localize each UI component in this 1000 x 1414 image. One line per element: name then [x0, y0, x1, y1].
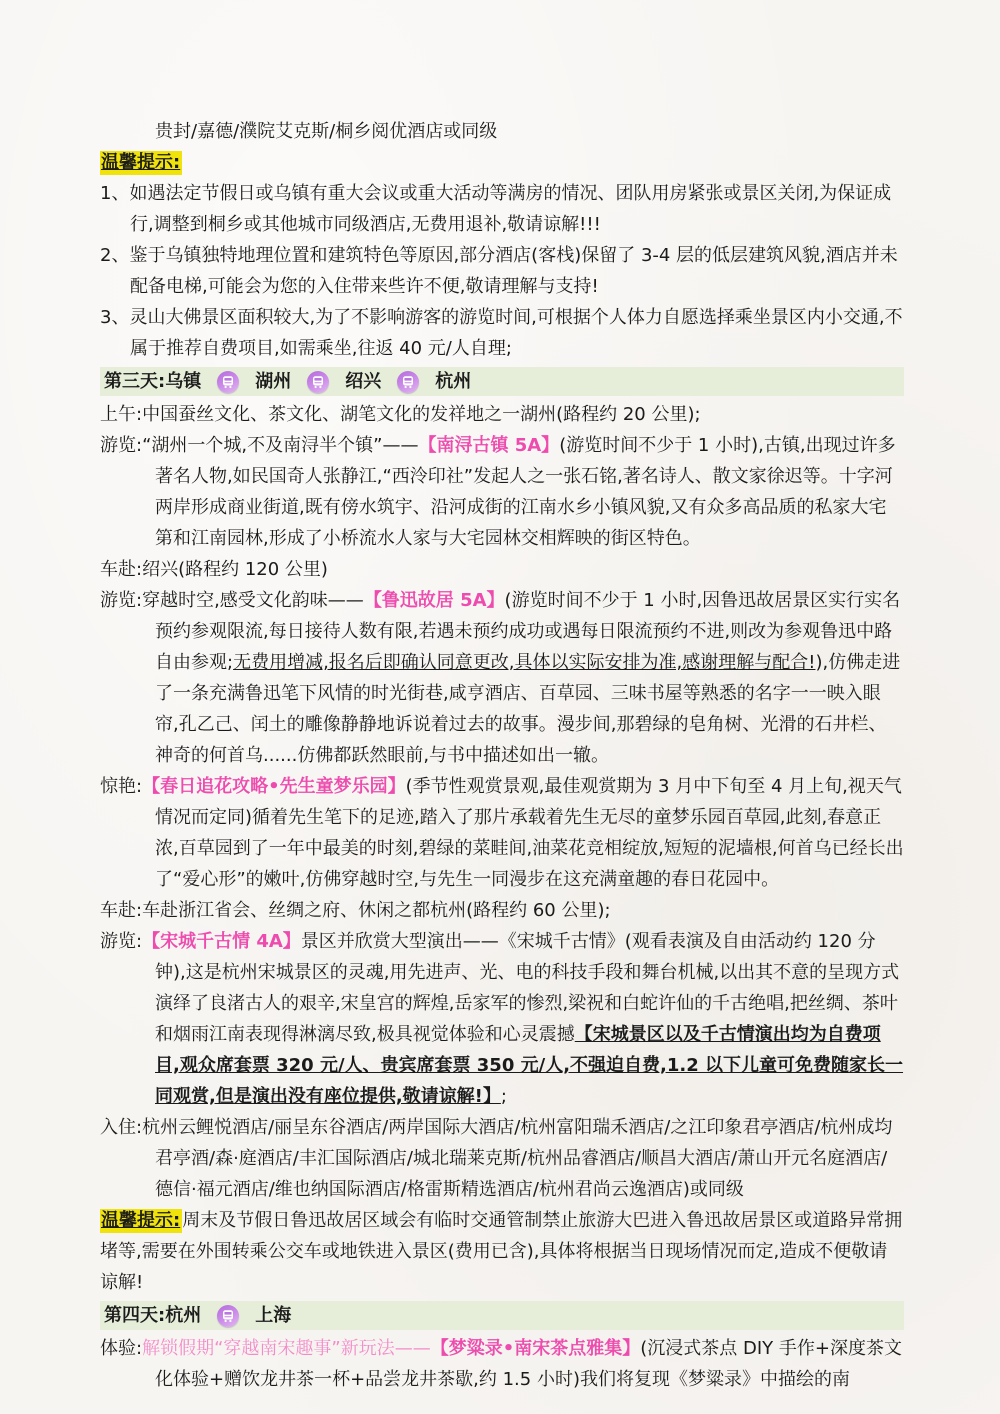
- route-stop: 绍兴: [345, 369, 381, 394]
- bus-icon: [307, 371, 329, 393]
- notice-item-3: 3、灵山大佛景区面积较大,为了不影响游客的游览时间,可根据个人体力自愿选择乘坐景…: [130, 302, 904, 364]
- item-number: 1、: [100, 183, 129, 204]
- tour-songcheng-paragraph: 游览:【宋城千古情 4A】景区并欣赏大型演出——《宋城千古情》(观看表演及自由活…: [155, 926, 904, 1112]
- notice-label: 温馨提示:: [100, 1209, 182, 1233]
- item-number: 3、: [100, 307, 129, 328]
- route-stop: 杭州: [435, 369, 471, 394]
- drive-hangzhou-paragraph: 车赴:车赴浙江省会、丝绸之府、休闲之都杭州(路程约 60 公里);: [155, 895, 904, 926]
- paragraph-label: 惊艳:: [100, 776, 142, 797]
- day3-route-bar: 第三天:乌镇 湖州 绍兴 杭州: [100, 367, 904, 396]
- hotels-paragraph: 入住:杭州云鲤悦酒店/丽呈东谷酒店/两岸国际大酒店/杭州富阳瑞禾酒店/之江印象君…: [155, 1112, 904, 1205]
- paragraph-text: ;: [501, 1086, 507, 1107]
- experience-lead: 解锁假期“穿越南宋趣事”新玩法——: [142, 1338, 431, 1359]
- paragraph-label: 游览:: [100, 590, 142, 611]
- day3-label: 第三天:乌镇: [104, 369, 201, 394]
- tour-luxun-paragraph: 游览:穿越时空,感受文化韵味——【鲁迅故居 5A】(游览时间不少于 1 小时,因…: [155, 585, 904, 771]
- day4-route-bar: 第四天:杭州 上海: [100, 1301, 904, 1330]
- paragraph-label: 上午:: [100, 404, 142, 425]
- attraction-highlight: 【春日追花攻略•先生童梦乐园】: [142, 776, 406, 797]
- paragraph-text: 中国蚕丝文化、茶文化、湖笔文化的发祥地之一湖州(路程约 20 公里);: [142, 404, 700, 425]
- paragraph-label: 体验:: [100, 1338, 142, 1359]
- morning-paragraph: 上午:中国蚕丝文化、茶文化、湖笔文化的发祥地之一湖州(路程约 20 公里);: [155, 399, 904, 430]
- experience-paragraph: 体验:解锁假期“穿越南宋趣事”新玩法——【梦粱录•南宋茶点雅集】(沉浸式茶点 D…: [155, 1333, 904, 1395]
- paragraph-label: 车赴:: [100, 559, 142, 580]
- item-number: 2、: [100, 245, 129, 266]
- amaze-paragraph: 惊艳:【春日追花攻略•先生童梦乐园】(季节性观赏景观,最佳观赏期为 3 月中下旬…: [155, 771, 904, 895]
- notice-1-header: 温馨提示:: [100, 147, 904, 178]
- paragraph-lead: 穿越时空,感受文化韵味——: [142, 590, 364, 611]
- item-text: 鉴于乌镇独特地理位置和建筑特色等原因,部分酒店(客栈)保留了 3-4 层的低层建…: [129, 245, 897, 297]
- route-stop: 湖州: [255, 369, 291, 394]
- hotel-list-text: 贵封/嘉德/濮院艾克斯/桐乡阅优酒店或同级: [155, 121, 497, 142]
- underlined-note: 无费用增减,报名后即确认同意更改,具体以实际安排为准,感谢理解与配合!: [233, 652, 815, 673]
- bus-icon: [217, 371, 239, 393]
- item-text: 灵山大佛景区面积较大,为了不影响游客的游览时间,可根据个人体力自愿选择乘坐景区内…: [129, 307, 902, 359]
- tour-nanxun-paragraph: 游览:“湖州一个城,不及南浔半个镇”——【南浔古镇 5A】(游览时间不少于 1 …: [155, 430, 904, 554]
- paragraph-label: 游览:: [100, 931, 142, 952]
- notice-item-2: 2、鉴于乌镇独特地理位置和建筑特色等原因,部分酒店(客栈)保留了 3-4 层的低…: [130, 240, 904, 302]
- paragraph-lead: “湖州一个城,不及南浔半个镇”——: [142, 435, 418, 456]
- notice-label: 温馨提示:: [100, 151, 182, 175]
- bus-icon: [397, 371, 419, 393]
- day4-label: 第四天:杭州: [104, 1303, 201, 1328]
- hotel-list-text: 杭州云鲤悦酒店/丽呈东谷酒店/两岸国际大酒店/杭州富阳瑞禾酒店/之江印象君亭酒店…: [142, 1117, 892, 1200]
- attraction-highlight: 【鲁迅故居 5A】: [364, 590, 505, 611]
- notice-2-paragraph: 温馨提示:周末及节假日鲁迅故居区域会有临时交通管制禁止旅游大巴进入鲁迅故居景区或…: [100, 1205, 904, 1298]
- hotel-list-continuation: 贵封/嘉德/濮院艾克斯/桐乡阅优酒店或同级: [155, 116, 904, 147]
- itinerary-page: 贵封/嘉德/濮院艾克斯/桐乡阅优酒店或同级 温馨提示: 1、如遇法定节假日或乌镇…: [0, 0, 1000, 1395]
- item-text: 如遇法定节假日或乌镇有重大会议或重大活动等满房的情况、团队用房紧张或景区关闭,为…: [129, 183, 891, 235]
- paragraph-text: 绍兴(路程约 120 公里): [142, 559, 328, 580]
- drive-shaoxing-paragraph: 车赴:绍兴(路程约 120 公里): [155, 554, 904, 585]
- paragraph-text: 车赴浙江省会、丝绸之府、休闲之都杭州(路程约 60 公里);: [142, 900, 610, 921]
- notice-text: 周末及节假日鲁迅故居区域会有临时交通管制禁止旅游大巴进入鲁迅故居景区或道路异常拥…: [100, 1210, 902, 1293]
- attraction-highlight: 【南浔古镇 5A】: [418, 435, 559, 456]
- route-stop: 上海: [255, 1303, 291, 1328]
- paragraph-label: 游览:: [100, 435, 142, 456]
- paragraph-label: 车赴:: [100, 900, 142, 921]
- bus-icon: [217, 1305, 239, 1327]
- notice-item-1: 1、如遇法定节假日或乌镇有重大会议或重大活动等满房的情况、团队用房紧张或景区关闭…: [130, 178, 904, 240]
- paragraph-label: 入住:: [100, 1117, 142, 1138]
- attraction-highlight: 【梦粱录•南宋茶点雅集】: [431, 1338, 641, 1359]
- attraction-highlight: 【宋城千古情 4A】: [142, 931, 301, 952]
